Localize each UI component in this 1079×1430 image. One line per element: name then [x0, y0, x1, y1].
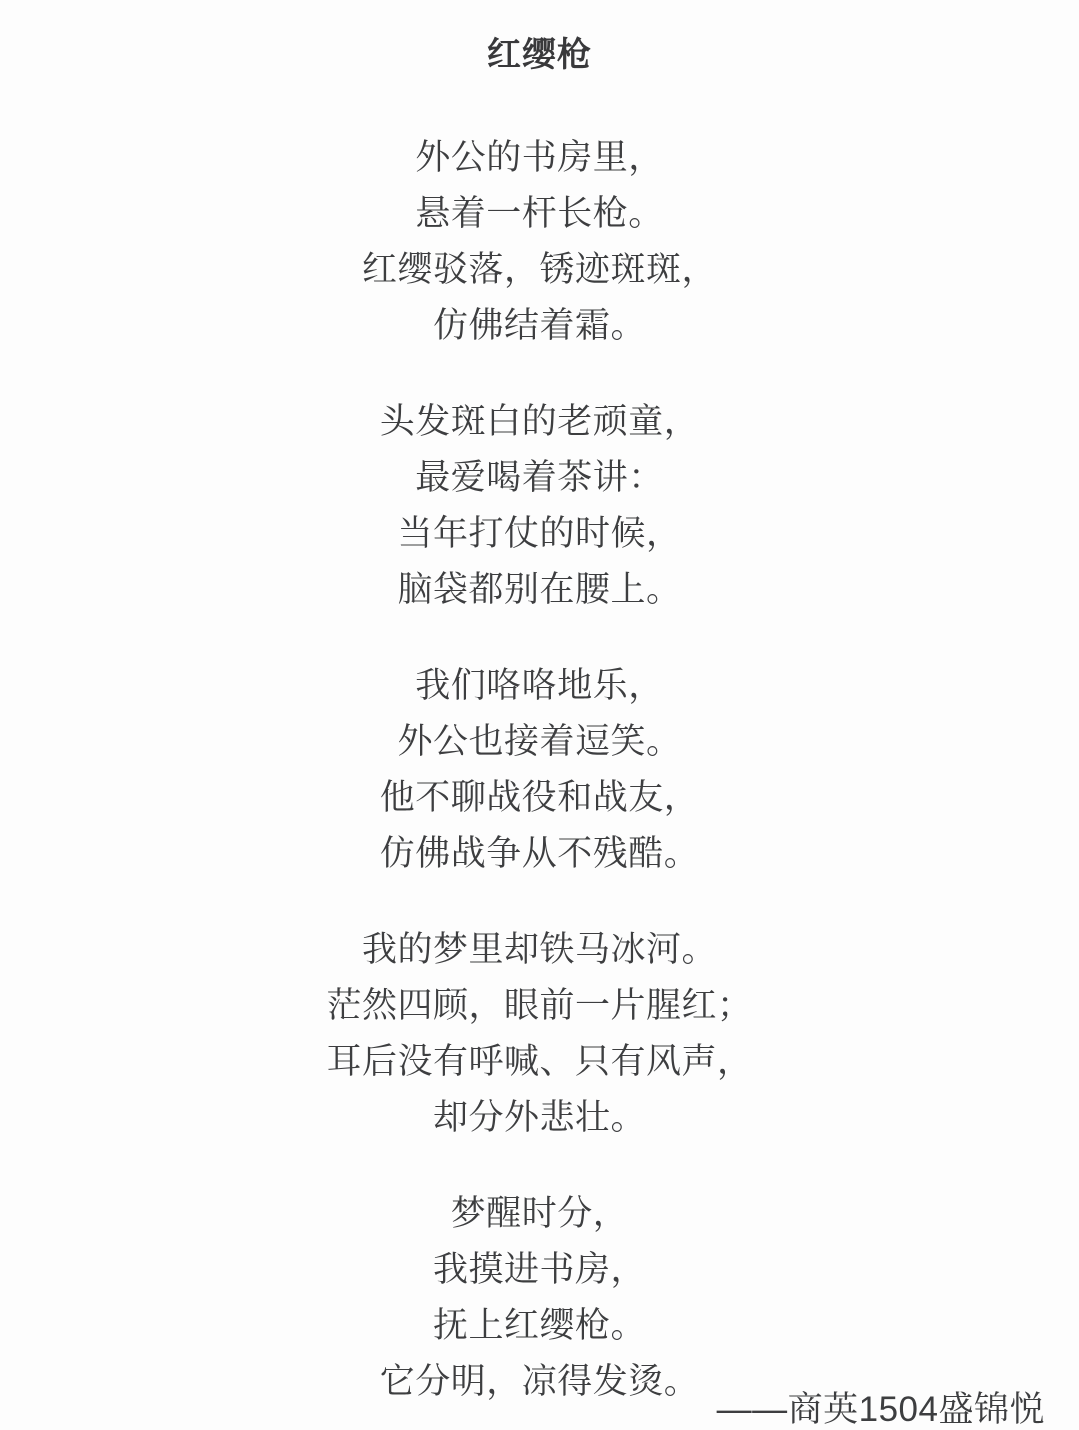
- poem-line: 当年打仗的时候，: [0, 506, 1079, 562]
- poem-title: 红缨枪: [0, 27, 1079, 83]
- poem-line: 红缨驳落，锈迹斑斑，: [0, 242, 1079, 298]
- poem-line: 脑袋都别在腰上。: [0, 562, 1079, 618]
- poem-line: 抚上红缨枪。: [0, 1298, 1079, 1354]
- stanza-4: 我的梦里却铁马冰河。 茫然四顾，眼前一片腥红； 耳后没有呼喊、只有风声， 却分外…: [0, 922, 1079, 1146]
- poem-line: 外公的书房里，: [0, 130, 1079, 186]
- poem-line: 耳后没有呼喊、只有风声，: [0, 1034, 1079, 1090]
- poem-line: 却分外悲壮。: [0, 1090, 1079, 1146]
- poem-line: 我摸进书房，: [0, 1242, 1079, 1298]
- poem-line: 最爱喝着茶讲：: [0, 450, 1079, 506]
- stanza-1: 外公的书房里， 悬着一杆长枪。 红缨驳落，锈迹斑斑， 仿佛结着霜。: [0, 130, 1079, 354]
- poem-line: 他不聊战役和战友，: [0, 770, 1079, 826]
- poem-page: 红缨枪 外公的书房里， 悬着一杆长枪。 红缨驳落，锈迹斑斑， 仿佛结着霜。 头发…: [0, 0, 1079, 1430]
- stanza-2: 头发斑白的老顽童， 最爱喝着茶讲： 当年打仗的时候， 脑袋都别在腰上。: [0, 394, 1079, 618]
- poem-line: 梦醒时分，: [0, 1186, 1079, 1242]
- poem-line: 仿佛结着霜。: [0, 298, 1079, 354]
- poem-line: 仿佛战争从不残酷。: [0, 826, 1079, 882]
- poem-line: 茫然四顾，眼前一片腥红；: [0, 978, 1079, 1034]
- stanza-5: 梦醒时分， 我摸进书房， 抚上红缨枪。 它分明，凉得发烫。: [0, 1186, 1079, 1410]
- poem-line: 外公也接着逗笑。: [0, 714, 1079, 770]
- stanza-3: 我们咯咯地乐， 外公也接着逗笑。 他不聊战役和战友， 仿佛战争从不残酷。: [0, 658, 1079, 882]
- poem-line: 我们咯咯地乐，: [0, 658, 1079, 714]
- poem-line: 我的梦里却铁马冰河。: [0, 922, 1079, 978]
- poem-line: 头发斑白的老顽童，: [0, 394, 1079, 450]
- poem-line: 悬着一杆长枪。: [0, 186, 1079, 242]
